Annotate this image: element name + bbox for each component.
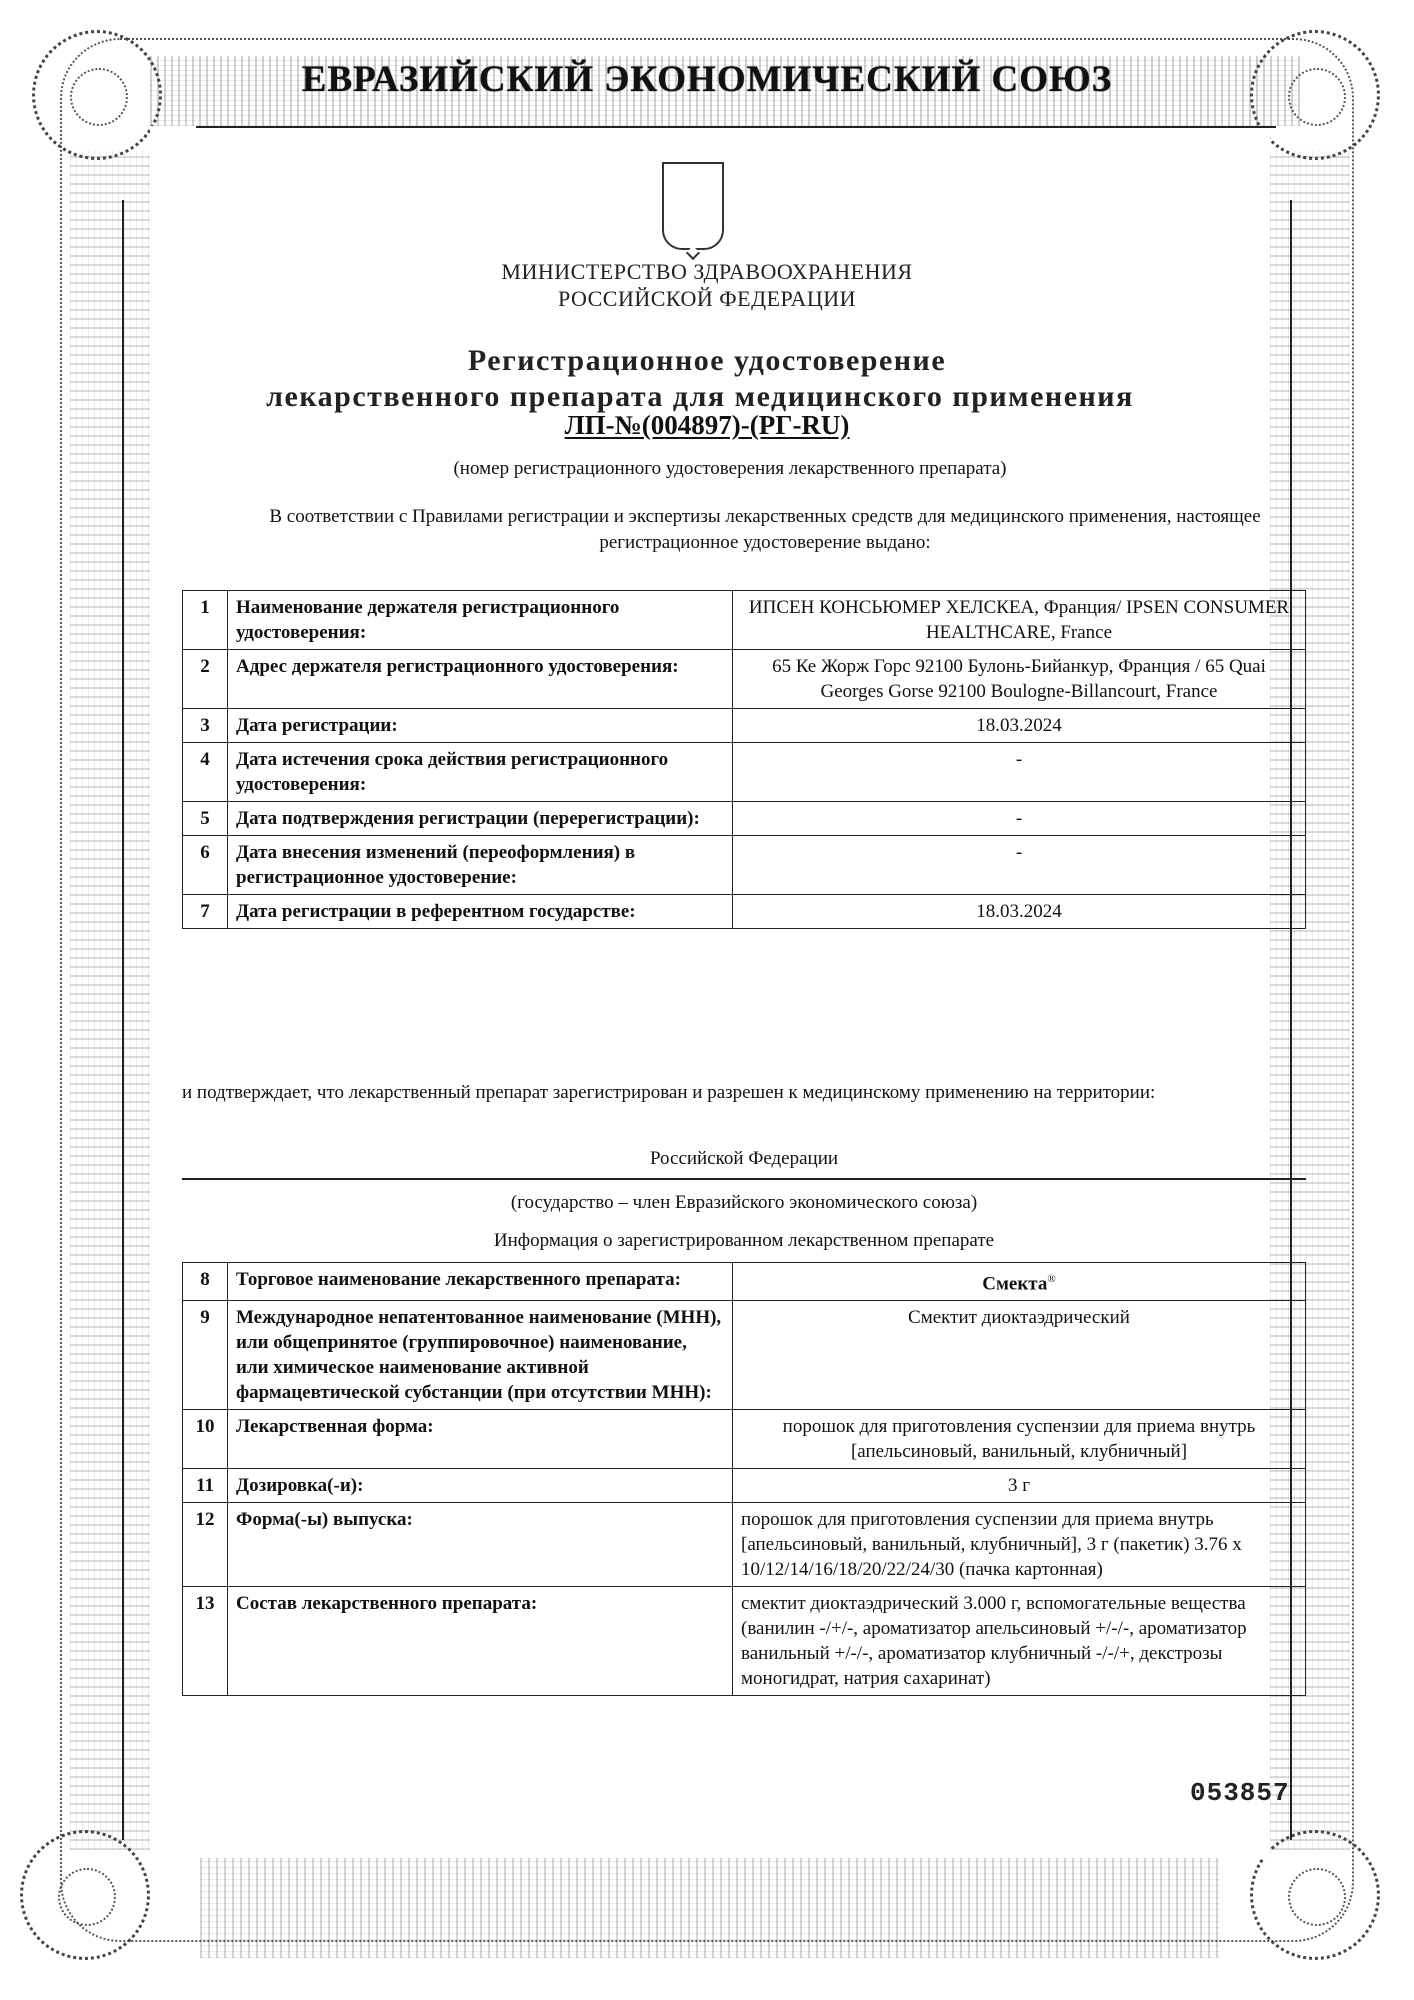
row-value: порошок для приготовления суспензии для …: [733, 1410, 1306, 1469]
row-value-text: Смекта: [982, 1273, 1047, 1294]
row-label: Дата регистрации в референтном государст…: [228, 895, 733, 929]
table-row: 1Наименование держателя регистрационного…: [183, 591, 1306, 650]
ministry-line-2: РОССИЙСКОЙ ФЕДЕРАЦИИ: [0, 285, 1414, 312]
table-row: 11Дозировка(-и):3 г: [183, 1469, 1306, 1503]
row-value: 3 г: [733, 1469, 1306, 1503]
row-value: 18.03.2024: [733, 895, 1306, 929]
row-label: Дата внесения изменений (переоформления)…: [228, 836, 733, 895]
row-value: Смекта®: [733, 1263, 1306, 1301]
row-label: Торговое наименование лекарственного пре…: [228, 1263, 733, 1301]
row-value-text: смектит диоктаэдрический 3.000 г, вспомо…: [741, 1593, 1247, 1689]
table-row: 10Лекарственная форма:порошок для пригот…: [183, 1410, 1306, 1469]
row-value-text: 65 Ке Жорж Горс 92100 Булонь-Бийанкур, Ф…: [772, 656, 1266, 702]
row-number: 7: [183, 895, 228, 929]
row-number: 5: [183, 802, 228, 836]
corner-rosette-icon: [20, 1830, 150, 1960]
row-number: 13: [183, 1587, 228, 1696]
ministry-line-1: МИНИСТЕРСТВО ЗДРАВООХРАНЕНИЯ: [0, 258, 1414, 285]
table-row: 4Дата истечения срока действия регистрац…: [183, 743, 1306, 802]
row-value-text: -: [1016, 749, 1022, 770]
row-number: 3: [183, 709, 228, 743]
row-label: Международное непатентованное наименован…: [228, 1301, 733, 1410]
row-label: Форма(-ы) выпуска:: [228, 1503, 733, 1587]
row-number: 1: [183, 591, 228, 650]
certificate-subtitle: лекарственного препарата для медицинског…: [200, 380, 1200, 414]
row-value: Смектит диоктаэдрический: [733, 1301, 1306, 1410]
row-value-text: порошок для приготовления суспензии для …: [783, 1416, 1256, 1462]
row-number: 11: [183, 1469, 228, 1503]
row-number: 2: [183, 650, 228, 709]
row-value: -: [733, 802, 1306, 836]
certificate-number: ЛП-№(004897)-(РГ-RU): [0, 410, 1414, 441]
confirmation-text: и подтверждает, что лекарственный препар…: [182, 1080, 1302, 1106]
table-row: 7Дата регистрации в референтном государс…: [183, 895, 1306, 929]
table-row: 13Состав лекарственного препарата:смекти…: [183, 1587, 1306, 1696]
table-row: 8Торговое наименование лекарственного пр…: [183, 1263, 1306, 1301]
row-label: Наименование держателя регистрационного …: [228, 591, 733, 650]
row-label: Адрес держателя регистрационного удостов…: [228, 650, 733, 709]
row-value: порошок для приготовления суспензии для …: [733, 1503, 1306, 1587]
row-label: Лекарственная форма:: [228, 1410, 733, 1469]
row-number: 9: [183, 1301, 228, 1410]
union-title: ЕВРАЗИЙСКИЙ ЭКОНОМИЧЕСКИЙ СОЮЗ: [0, 58, 1414, 101]
row-number: 10: [183, 1410, 228, 1469]
certificate-title: Регистрационное удостоверение: [0, 344, 1414, 378]
table-row: 5Дата подтверждения регистрации (перерег…: [183, 802, 1306, 836]
ministry-name: МИНИСТЕРСТВО ЗДРАВООХРАНЕНИЯ РОССИЙСКОЙ …: [0, 258, 1414, 312]
holder-info-table: 1Наименование держателя регистрационного…: [182, 590, 1306, 929]
row-value-text: ИПСЕН КОНСЬЮМЕР ХЕЛСКЕА, Франция/ IPSEN …: [749, 597, 1289, 643]
table-row: 3Дата регистрации:18.03.2024: [183, 709, 1306, 743]
row-value: смектит диоктаэдрический 3.000 г, вспомо…: [733, 1587, 1306, 1696]
territory-underline: [182, 1178, 1306, 1180]
row-label: Дата истечения срока действия регистраци…: [228, 743, 733, 802]
drug-info-heading: Информация о зарегистрированном лекарств…: [182, 1230, 1306, 1252]
table-row: 12Форма(-ы) выпуска:порошок для приготов…: [183, 1503, 1306, 1587]
ornamental-band-left: [70, 150, 150, 1850]
frame-rule: [196, 126, 1276, 128]
row-number: 4: [183, 743, 228, 802]
table-row: 2Адрес держателя регистрационного удосто…: [183, 650, 1306, 709]
territory-name: Российской Федерации: [182, 1148, 1306, 1170]
drug-info-table: 8Торговое наименование лекарственного пр…: [182, 1262, 1306, 1696]
certificate-number-caption: (номер регистрационного удостоверения ле…: [300, 458, 1160, 480]
intro-paragraph: В соответствии с Правилами регистрации и…: [250, 504, 1280, 556]
row-label: Состав лекарственного препарата:: [228, 1587, 733, 1696]
table-row: 6Дата внесения изменений (переоформления…: [183, 836, 1306, 895]
territory-caption: (государство – член Евразийского экономи…: [182, 1192, 1306, 1214]
row-label: Дата подтверждения регистрации (перереги…: [228, 802, 733, 836]
row-value-text: Смектит диоктаэдрический: [908, 1307, 1130, 1328]
certificate-number-text: ЛП-№(004897)-(РГ-RU): [565, 410, 850, 440]
row-value: ИПСЕН КОНСЬЮМЕР ХЕЛСКЕА, Франция/ IPSEN …: [733, 591, 1306, 650]
row-value-text: 18.03.2024: [976, 715, 1062, 736]
serial-number: 053857: [1190, 1778, 1290, 1808]
row-value: 18.03.2024: [733, 709, 1306, 743]
row-number: 8: [183, 1263, 228, 1301]
table-row: 9Международное непатентованное наименова…: [183, 1301, 1306, 1410]
row-number: 6: [183, 836, 228, 895]
row-label: Дозировка(-и):: [228, 1469, 733, 1503]
row-value: -: [733, 743, 1306, 802]
row-value: -: [733, 836, 1306, 895]
coat-of-arms-icon: [662, 162, 724, 250]
row-label: Дата регистрации:: [228, 709, 733, 743]
row-value-text: порошок для приготовления суспензии для …: [741, 1509, 1242, 1580]
row-value-text: 18.03.2024: [976, 901, 1062, 922]
row-number: 12: [183, 1503, 228, 1587]
row-value-text: 3 г: [1008, 1475, 1030, 1496]
frame-rule: [122, 200, 124, 1840]
row-value-text: -: [1016, 808, 1022, 829]
registered-mark: ®: [1047, 1273, 1055, 1285]
row-value: 65 Ке Жорж Горс 92100 Булонь-Бийанкур, Ф…: [733, 650, 1306, 709]
row-value-text: -: [1016, 842, 1022, 863]
ornamental-band-bottom: [200, 1858, 1220, 1958]
